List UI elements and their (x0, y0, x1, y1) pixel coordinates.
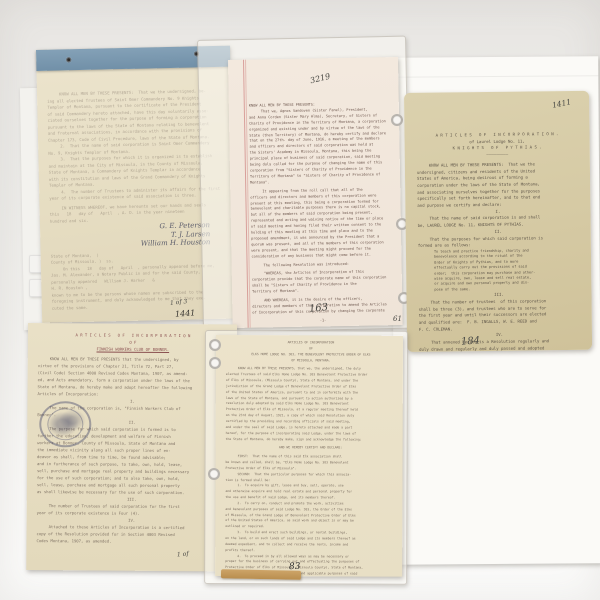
fastener-eyelet-icon (66, 57, 71, 62)
binder-hole-icon (391, 114, 403, 126)
archive-photo-background: KNOW ALL MEN BY THESE PRESENTS: That we … (0, 0, 600, 600)
text-line: AND WE HEREBY CERTIFY AND DECLARE: (226, 445, 396, 451)
binder-hole-icon (209, 339, 221, 351)
text-line: FINNISH WORKERS CLUB OF BONNER. (38, 345, 228, 353)
notary-seal-stamp (39, 401, 91, 447)
text-line: The following Resolution was introduced: (252, 261, 393, 269)
document-text: KNOW ALL MEN BY THESE PRESENTS:That we, … (228, 57, 403, 328)
document-elks-lodge: ARTICLES OF INCORPORATIONOFELKS HOME LOD… (215, 335, 403, 577)
text-line: Codes Montana, 1907, as amended. (36, 537, 226, 545)
document-knights-of-pythias: A R T I C L E S O F I N C O R P O R A T … (404, 91, 592, 352)
binder-hole-icon (209, 357, 221, 369)
text-line: ————————— (417, 151, 578, 160)
pencil-annotation-mark: 83 (289, 562, 301, 573)
text-line: Territory of Montana". (252, 287, 393, 295)
pencil-annotation-mark: 1 of (177, 551, 189, 559)
pencil-annotation-number: 1441 (175, 308, 196, 318)
document-sisters-of-charity: KNOW ALL MEN BY THESE PRESENTS:That we, … (228, 57, 403, 328)
notary-seal-inner-ring (47, 408, 83, 440)
text-line: the State of Montana, do hereby make, si… (226, 437, 396, 443)
pencil-annotation-page-mark: 184 (461, 335, 481, 347)
text-line: -1- (253, 317, 394, 325)
document-text: ARTICLES OF INCORPORATIONOFELKS HOME LOD… (215, 335, 403, 577)
text-line: ELKS HOME LODGE NO. 383, THE BENEVOLENT … (226, 352, 396, 358)
pencil-annotation-edge-mark: 61 (393, 315, 402, 323)
pencil-annotation-page-mark: 163 (308, 302, 328, 315)
text-line: OF MISSOULA, MONTANA. (226, 358, 396, 364)
sheet-crease (391, 75, 598, 77)
document-text: A R T I C L E S O F I N C O R P O R A T … (404, 91, 592, 352)
binder-hole-icon (208, 468, 220, 480)
